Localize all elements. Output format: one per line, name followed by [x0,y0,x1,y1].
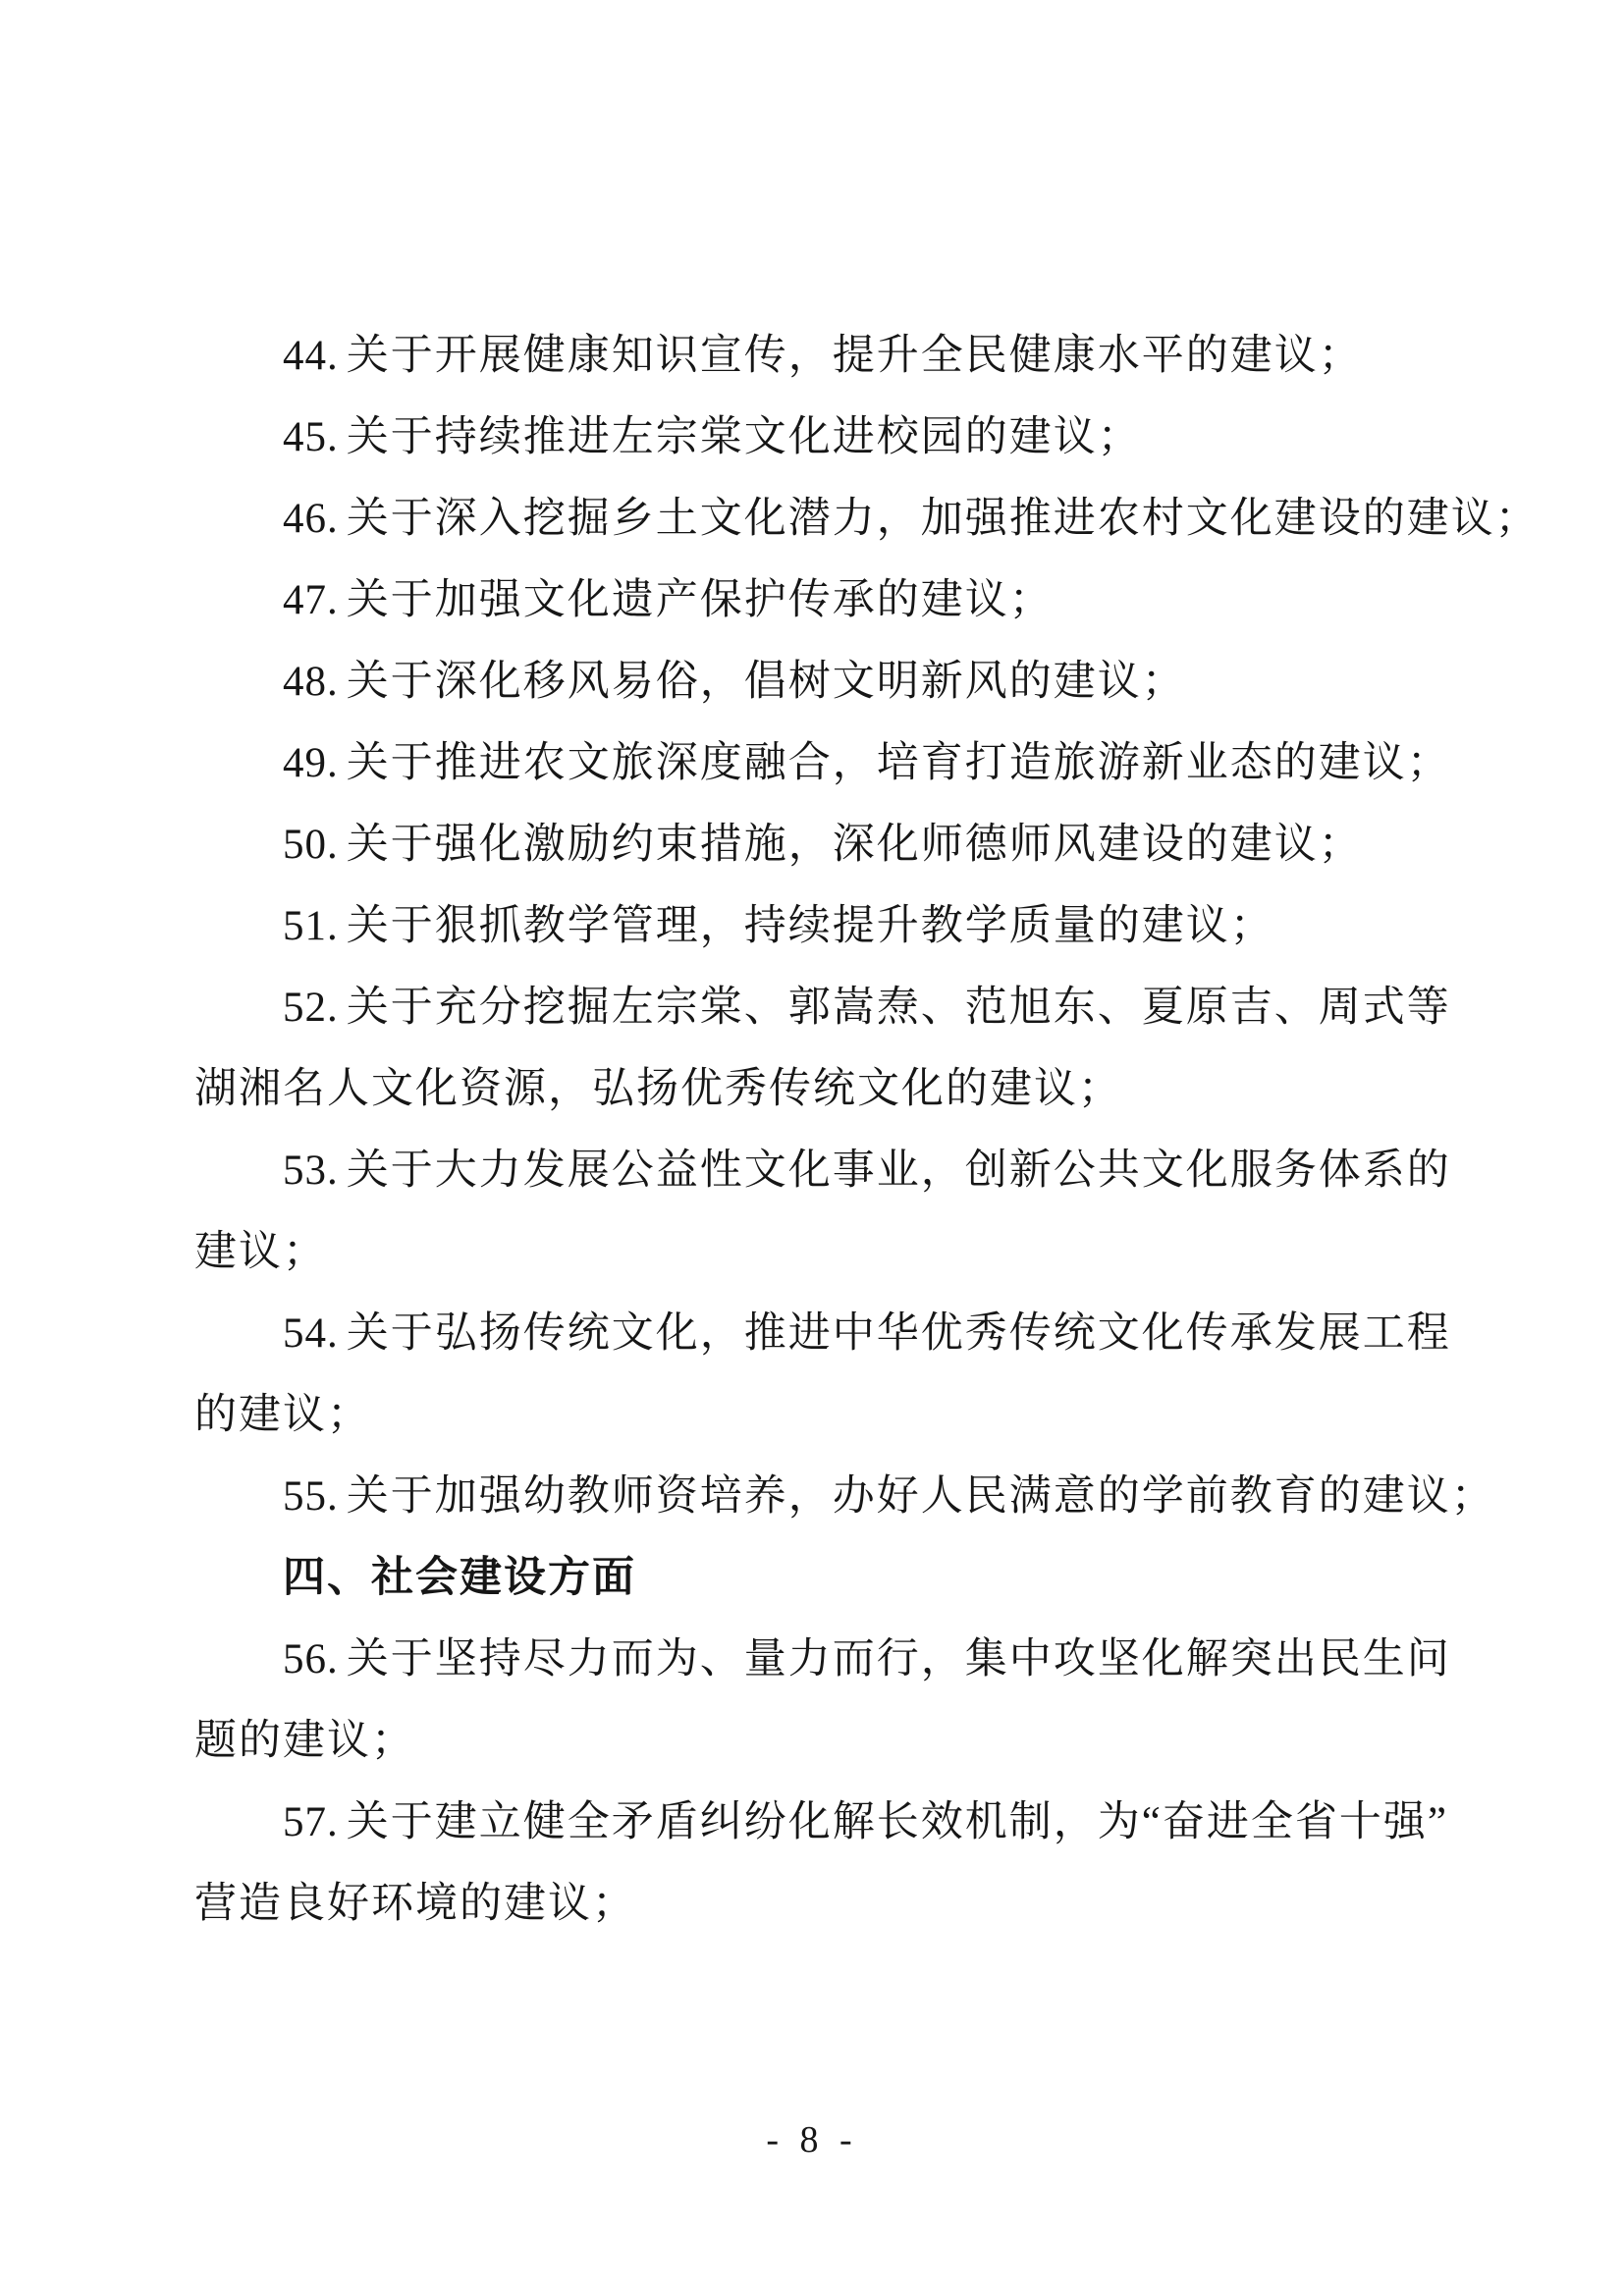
list-item-continuation: 建议； [194,1211,1441,1293]
item-number: 53. [283,1130,339,1211]
item-number: 56. [283,1619,339,1700]
document-page: 44.关于开展健康知识宣传，提升全民健康水平的建议；45.关于持续推进左宗棠文化… [0,0,1624,2296]
item-number: 49. [283,722,339,804]
list-item-continuation: 的建议； [194,1374,1441,1456]
item-number: 54. [283,1293,339,1374]
item-number: 45. [283,397,339,478]
item-number: 52. [283,967,339,1048]
section-heading: 四、社会建设方面 [194,1537,1441,1619]
list-item: 48.关于深化移风易俗，倡树文明新风的建议； [194,641,1441,722]
list-item: 54.关于弘扬传统文化，推进中华优秀传统文化传承发展工程 [194,1293,1441,1374]
list-item-continuation: 营造良好环境的建议； [194,1863,1441,1945]
item-number: 47. [283,560,339,641]
list-item: 46.关于深入挖掘乡土文化潜力，加强推进农村文化建设的建议； [194,478,1441,560]
list-item-continuation: 湖湘名人文化资源，弘扬优秀传统文化的建议； [194,1048,1441,1130]
item-number: 46. [283,478,339,560]
list-item: 53.关于大力发展公益性文化事业，创新公共文化服务体系的 [194,1130,1441,1211]
list-item: 51.关于狠抓教学管理，持续提升教学质量的建议； [194,885,1441,967]
item-number: 44. [283,315,339,397]
list-item: 45.关于持续推进左宗棠文化进校园的建议； [194,397,1441,478]
list-item: 49.关于推进农文旅深度融合，培育打造旅游新业态的建议； [194,722,1441,804]
page-number: - 8 - [766,2119,857,2161]
list-item: 47.关于加强文化遗产保护传承的建议； [194,560,1441,641]
list-item: 56.关于坚持尽力而为、量力而行，集中攻坚化解突出民生问 [194,1619,1441,1700]
item-number: 51. [283,885,339,967]
list-item-continuation: 题的建议； [194,1700,1441,1782]
item-number: 50. [283,804,339,885]
item-number: 55. [283,1456,339,1537]
list-item: 44.关于开展健康知识宣传，提升全民健康水平的建议； [194,315,1441,397]
list-item: 55.关于加强幼教师资培养，办好人民满意的学前教育的建议； [194,1456,1441,1537]
page-footer: - 8 - [0,2118,1624,2162]
item-number: 57. [283,1782,339,1863]
document-body: 44.关于开展健康知识宣传，提升全民健康水平的建议；45.关于持续推进左宗棠文化… [194,315,1441,1945]
item-number: 48. [283,641,339,722]
list-item: 50.关于强化激励约束措施，深化师德师风建设的建议； [194,804,1441,885]
list-item: 52.关于充分挖掘左宗棠、郭嵩焘、范旭东、夏原吉、周式等 [194,967,1441,1048]
list-item: 57.关于建立健全矛盾纠纷化解长效机制，为“奋进全省十强” [194,1782,1441,1863]
